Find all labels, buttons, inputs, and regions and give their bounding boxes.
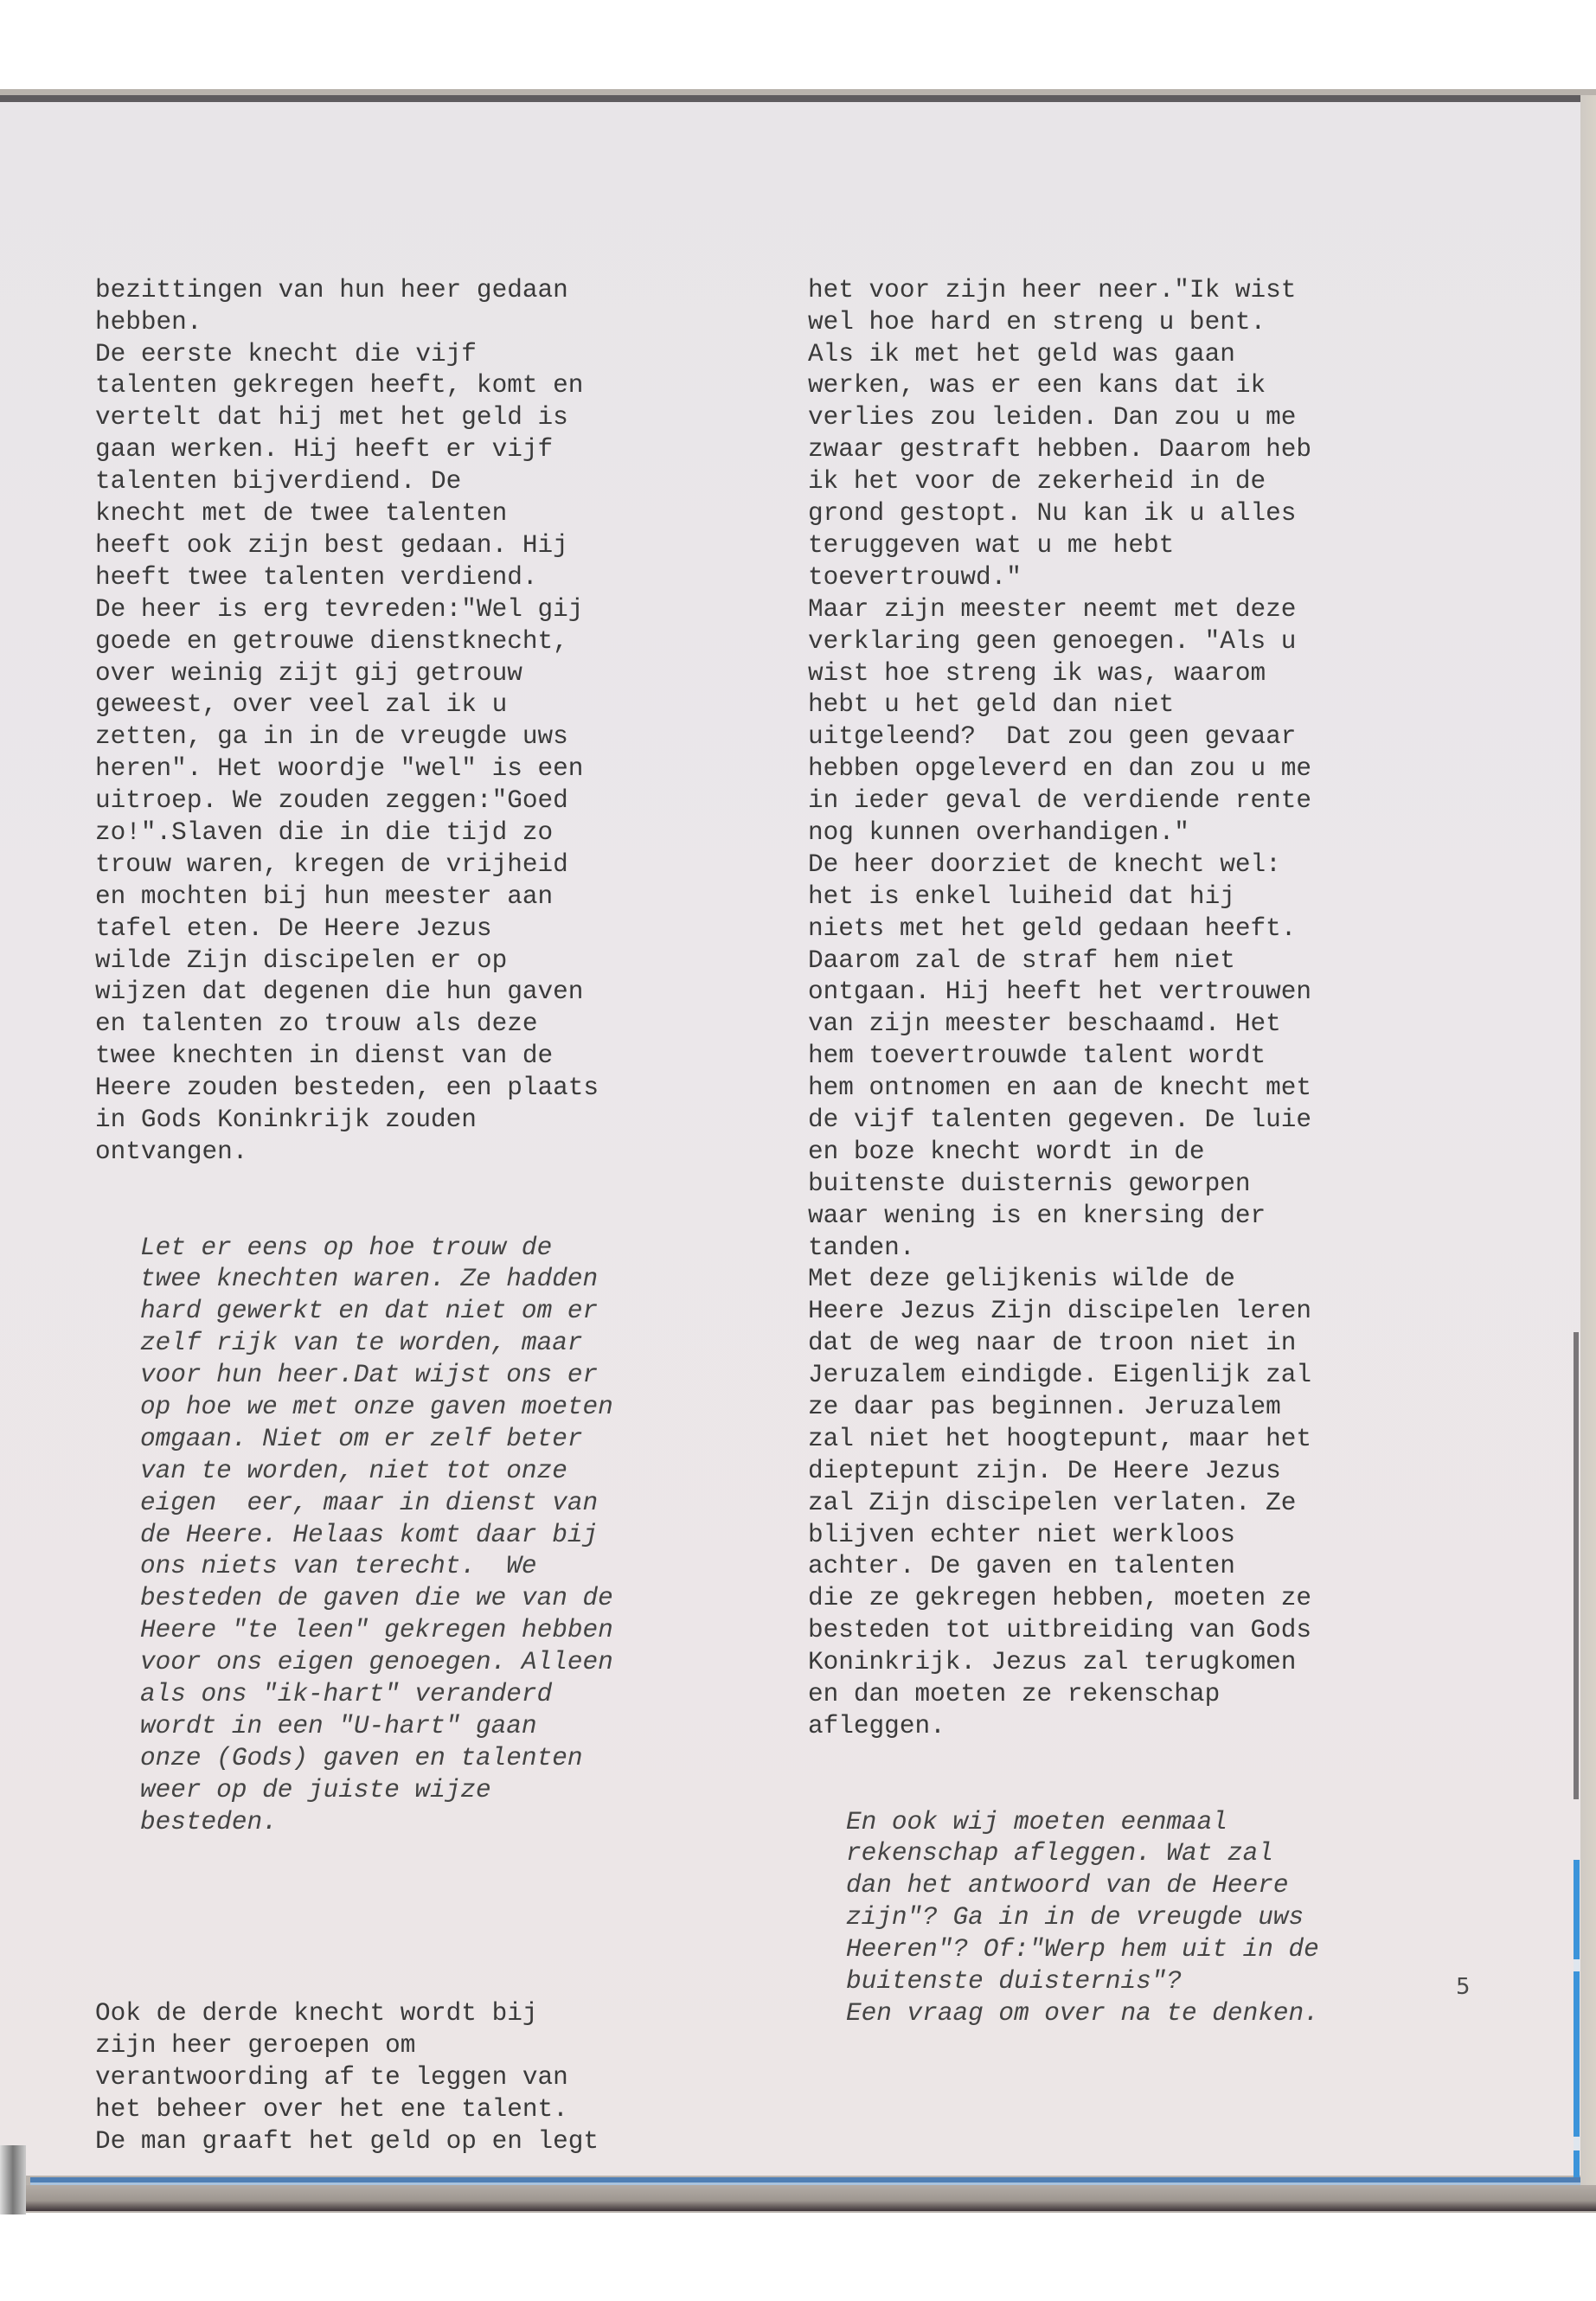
- text-line: ontvangen.: [95, 1137, 613, 1169]
- left-column: bezittingen van hun heer gedaanhebben.De…: [95, 211, 613, 2189]
- text-line: over weinig zijt gij getrouw: [95, 658, 613, 690]
- text-line: het beheer over het ene talent.: [95, 2094, 613, 2126]
- text-line: zijn"? Ga in in de vreugde uws: [846, 1902, 1319, 1934]
- text-line: hebben.: [95, 307, 613, 339]
- text-line: De heer doorziet de knecht wel:: [808, 849, 1319, 881]
- text-line: ik het voor de zekerheid in de: [808, 466, 1319, 498]
- text-line: De heer is erg tevreden:"Wel gij: [95, 594, 613, 626]
- text-line: talenten bijverdiend. De: [95, 466, 613, 498]
- text-line: het is enkel luiheid dat hij: [808, 881, 1319, 913]
- text-line: zo!".Slaven die in die tijd zo: [95, 817, 613, 849]
- text-line: grond gestopt. Nu kan ik u alles: [808, 498, 1319, 530]
- text-line: Ook de derde knecht wordt bij: [95, 1998, 613, 2030]
- text-line: goede en getrouwe dienstknecht,: [95, 626, 613, 658]
- text-line: werken, was er een kans dat ik: [808, 370, 1319, 402]
- text-line: Let er eens op hoe trouw de: [140, 1233, 613, 1265]
- text-line: heren". Het woordje "wel" is een: [95, 753, 613, 785]
- text-line: omgaan. Niet om er zelf beter: [140, 1424, 613, 1456]
- text-line: de vijf talenten gegeven. De luie: [808, 1105, 1319, 1137]
- text-line: als ons "ik-hart" veranderd: [140, 1679, 613, 1711]
- text-line: Heere Jezus Zijn discipelen leren: [808, 1296, 1319, 1328]
- left-paragraph-2: Ook de derde knecht wordt bijzijn heer g…: [95, 1998, 613, 2157]
- text-line: en dan moeten ze rekenschap: [808, 1679, 1319, 1711]
- right-column: het voor zijn heer neer."Ik wistwel hoe …: [808, 211, 1319, 2062]
- paragraph-gap: [95, 1902, 613, 1934]
- text-line: op hoe we met onze gaven moeten: [140, 1392, 613, 1424]
- left-paragraph-1: bezittingen van hun heer gedaanhebben.De…: [95, 275, 613, 1169]
- text-line: vertelt dat hij met het geld is: [95, 402, 613, 434]
- text-line: twee knechten in dienst van de: [95, 1041, 613, 1073]
- text-line: Maar zijn meester neemt met deze: [808, 594, 1319, 626]
- text-line: wordt in een "U-hart" gaan: [140, 1711, 613, 1743]
- text-line: besteden de gaven die we van de: [140, 1583, 613, 1615]
- text-line: ons niets van terecht. We: [140, 1551, 613, 1583]
- cover-edge-gap: [1574, 2137, 1580, 2150]
- text-line: zwaar gestraft hebben. Daarom heb: [808, 434, 1319, 466]
- text-line: ontgaan. Hij heeft het vertrouwen: [808, 977, 1319, 1009]
- text-line: Met deze gelijkenis wilde de: [808, 1264, 1319, 1296]
- text-line: onze (Gods) gaven en talenten: [140, 1743, 613, 1775]
- text-line: hard gewerkt en dat niet om er: [140, 1296, 613, 1328]
- page-number: 5: [1456, 1974, 1471, 2000]
- text-line: En ook wij moeten eenmaal: [846, 1807, 1319, 1839]
- text-line: trouw waren, kregen de vrijheid: [95, 849, 613, 881]
- text-line: hem ontnomen en aan de knecht met: [808, 1073, 1319, 1105]
- text-line: van te worden, niet tot onze: [140, 1456, 613, 1488]
- text-line: toevertrouwd.": [808, 562, 1319, 594]
- cover-edge-gap: [1574, 1959, 1580, 1971]
- text-line: hem toevertrouwde talent wordt: [808, 1041, 1319, 1073]
- text-line: verantwoording af te leggen van: [95, 2062, 613, 2094]
- text-line: bezittingen van hun heer gedaan: [95, 275, 613, 307]
- left-reflection: Let er eens op hoe trouw detwee knechten…: [95, 1233, 613, 1839]
- text-line: en talenten zo trouw als deze: [95, 1009, 613, 1041]
- text-line: buitenste duisternis"?: [846, 1966, 1319, 1998]
- text-line: ze daar pas beginnen. Jeruzalem: [808, 1392, 1319, 1424]
- text-line: zetten, ga in in de vreugde uws: [95, 721, 613, 753]
- text-line: uitgeleend? Dat zou geen gevaar: [808, 721, 1319, 753]
- text-line: het voor zijn heer neer."Ik wist: [808, 275, 1319, 307]
- text-line: talenten gekregen heeft, komt en: [95, 370, 613, 402]
- text-line: besteden.: [140, 1807, 613, 1839]
- text-line: hebben opgeleverd en dan zou u me: [808, 753, 1319, 785]
- text-line: Als ik met het geld was gaan: [808, 339, 1319, 371]
- text-line: in ieder geval de verdiende rente: [808, 785, 1319, 817]
- text-line: Heeren"? Of:"Werp hem uit in de: [846, 1934, 1319, 1966]
- text-line: niets met het geld gedaan heeft.: [808, 913, 1319, 945]
- text-line: zal Zijn discipelen verlaten. Ze: [808, 1488, 1319, 1520]
- text-line: van zijn meester beschaamd. Het: [808, 1009, 1319, 1041]
- text-line: achter. De gaven en talenten: [808, 1551, 1319, 1583]
- text-line: en boze knecht wordt in de: [808, 1137, 1319, 1169]
- text-line: tafel eten. De Heere Jezus: [95, 913, 613, 945]
- page-edge-left: [0, 2145, 26, 2214]
- text-line: wel hoe hard en streng u bent.: [808, 307, 1319, 339]
- text-line: buitenste duisternis geworpen: [808, 1169, 1319, 1201]
- text-line: dieptepunt zijn. De Heere Jezus: [808, 1456, 1319, 1488]
- text-line: De man graaft het geld op en legt: [95, 2126, 613, 2158]
- text-line: weer op de juiste wijze: [140, 1775, 613, 1807]
- text-line: afleggen.: [808, 1711, 1319, 1743]
- text-line: voor hun heer.Dat wijst ons er: [140, 1360, 613, 1392]
- text-line: Heere "te leen" gekregen hebben: [140, 1615, 613, 1647]
- right-reflection: En ook wij moeten eenmaalrekenschap afle…: [808, 1807, 1319, 2030]
- page-edge-dark-strip: [1574, 1332, 1579, 1799]
- text-line: in Gods Koninkrijk zouden: [95, 1105, 613, 1137]
- text-line: De eerste knecht die vijf: [95, 339, 613, 371]
- text-line: dan het antwoord van de Heere: [846, 1870, 1319, 1902]
- text-line: wist hoe streng ik was, waarom: [808, 658, 1319, 690]
- text-line: zijn heer geroepen om: [95, 2030, 613, 2062]
- text-line: en mochten bij hun meester aan: [95, 881, 613, 913]
- text-line: voor ons eigen genoegen. Alleen: [140, 1647, 613, 1679]
- text-line: wilde Zijn discipelen er op: [95, 945, 613, 977]
- text-line: zal niet het hoogtepunt, maar het: [808, 1424, 1319, 1456]
- text-line: hebt u het geld dan niet: [808, 689, 1319, 721]
- text-line: waar wening is en knersing der: [808, 1201, 1319, 1233]
- text-line: gaan werken. Hij heeft er vijf: [95, 434, 613, 466]
- text-line: uitroep. We zouden zeggen:"Goed: [95, 785, 613, 817]
- right-paragraph-1: het voor zijn heer neer."Ik wistwel hoe …: [808, 275, 1319, 1743]
- text-line: die ze gekregen hebben, moeten ze: [808, 1583, 1319, 1615]
- text-line: de Heere. Helaas komt daar bij: [140, 1520, 613, 1552]
- text-line: teruggeven wat u me hebt: [808, 530, 1319, 562]
- text-line: nog kunnen overhandigen.": [808, 817, 1319, 849]
- text-line: rekenschap afleggen. Wat zal: [846, 1838, 1319, 1870]
- text-line: wijzen dat degenen die hun gaven: [95, 977, 613, 1009]
- text-line: verlies zou leiden. Dan zou u me: [808, 402, 1319, 434]
- text-line: Koninkrijk. Jezus zal terugkomen: [808, 1647, 1319, 1679]
- text-line: twee knechten waren. Ze hadden: [140, 1264, 613, 1296]
- text-line: verklaring geen genoegen. "Als u: [808, 626, 1319, 658]
- text-line: blijven echter niet werkloos: [808, 1520, 1319, 1552]
- text-line: geweest, over veel zal ik u: [95, 689, 613, 721]
- page-edge-right: [1580, 95, 1596, 2206]
- text-line: Een vraag om over na te denken.: [846, 1998, 1319, 2030]
- text-line: heeft twee talenten verdiend.: [95, 562, 613, 594]
- text-line: dat de weg naar de troon niet in: [808, 1328, 1319, 1360]
- text-line: heeft ook zijn best gedaan. Hij: [95, 530, 613, 562]
- text-line: Daarom zal de straf hem niet: [808, 945, 1319, 977]
- text-line: eigen eer, maar in dienst van: [140, 1488, 613, 1520]
- text-line: zelf rijk van te worden, maar: [140, 1328, 613, 1360]
- text-line: besteden tot uitbreiding van Gods: [808, 1615, 1319, 1647]
- text-line: Heere zouden besteden, een plaats: [95, 1073, 613, 1105]
- text-line: tanden.: [808, 1233, 1319, 1265]
- text-line: knecht met de twee talenten: [95, 498, 613, 530]
- text-line: Jeruzalem eindigde. Eigenlijk zal: [808, 1360, 1319, 1392]
